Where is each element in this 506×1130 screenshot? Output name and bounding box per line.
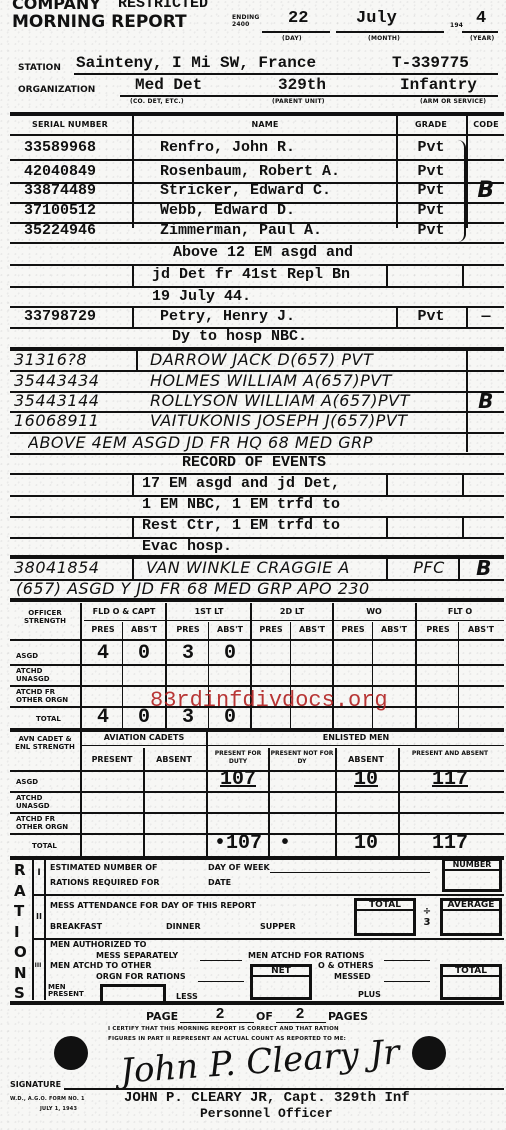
year-caption: (YEAR): [470, 35, 494, 42]
average-box[interactable]: AVERAGE: [440, 898, 502, 936]
remark-text: 19 July 44.: [152, 286, 396, 308]
row-label-total: TOTAL: [36, 715, 61, 723]
subcol-abst: ABS'T: [460, 626, 502, 634]
report-year: 4: [476, 9, 486, 28]
station-value: Sainteny, I Mi SW, France: [76, 54, 316, 72]
group-fld-o-capt: FLD O & CAPT: [84, 608, 164, 616]
serial-number: 38041854: [14, 557, 138, 579]
rations-total-label: TOTAL: [443, 967, 499, 977]
remark-row: 19 July 44.: [10, 286, 502, 308]
day-of-week-label: DAY OF WEEK: [208, 864, 270, 872]
of-label: OF: [256, 1010, 273, 1023]
row-label-atchd-unasgd: ATCHD UNASGD: [16, 794, 76, 810]
remark-row: Dy to hosp NBC.: [10, 326, 502, 348]
month-caption: (MONTH): [368, 35, 400, 42]
page-label: PAGE: [146, 1010, 178, 1023]
table-row: 33874489 Stricker, Edward C. Pvt B: [10, 180, 502, 202]
event-text: 1 EM NBC, 1 EM trfd to: [142, 494, 392, 516]
remark-row: ABOVE 4EM ASGD JD FR HQ 68 MED GRP: [10, 432, 502, 454]
parent-caption: (PARENT UNIT): [272, 98, 325, 105]
remark-text: ABOVE 4EM ASGD JD FR HQ 68 MED GRP: [28, 432, 468, 454]
pages-label: PAGES: [328, 1010, 368, 1023]
soldier-name: ROLLYSON WILLIAM A(657)PVT: [150, 390, 480, 412]
code: [468, 137, 504, 159]
subcol-pres: PRES: [418, 626, 458, 634]
table-row: 35443144 ROLLYSON WILLIAM A(657)PVT B: [10, 390, 502, 412]
subcol-abst: ABS'T: [210, 626, 250, 634]
punch-hole-right: [412, 1036, 446, 1070]
form-number: W.D., A.G.O. FORM NO. 1: [10, 1096, 85, 1102]
enlisted-strength-label: AVN CADET & ENL STRENGTH: [12, 735, 78, 751]
grade: Pvt: [398, 220, 464, 242]
asgd-present-for-duty: 107: [208, 768, 268, 791]
report-title: MORNING REPORT: [12, 12, 187, 32]
event-row: Rest Ctr, 1 EM trfd to: [10, 515, 502, 537]
total-present-not-for-duty: •: [270, 832, 300, 855]
arm-caption: (ARM OR SERVICE): [420, 98, 486, 105]
page-number: 2: [200, 1006, 240, 1023]
code: B: [466, 557, 502, 579]
record-of-events-heading: RECORD OF EVENTS: [10, 452, 502, 474]
total-present-and-absent: 117: [400, 832, 500, 855]
remark-text: Above 12 EM asgd and: [173, 242, 473, 264]
mess-attendance-label: MESS ATTENDANCE FOR DAY OF THIS REPORT: [50, 902, 256, 910]
grade: Pvt: [398, 180, 464, 202]
soldier-name: HOLMES WILLIAM A(657)PVT: [150, 370, 480, 392]
ending-label: ENDING 2400: [232, 14, 260, 28]
total-label: TOTAL: [357, 901, 413, 911]
total-absent: 10: [336, 832, 396, 855]
aviation-cadets-label: AVIATION CADETS: [82, 734, 206, 742]
table-row: 35224946 Zimmerman, Paul A. Pvt: [10, 220, 502, 242]
soldier-name: Stricker, Edward C.: [160, 180, 394, 202]
remark-row: jd Det fr 41st Repl Bn: [10, 264, 502, 286]
plus-label: PLUS: [358, 991, 381, 999]
remark-text: jd Det fr 41st Repl Bn: [152, 264, 396, 286]
rations-part-ii: II: [34, 912, 44, 921]
fld-capt-abst-asgd: 0: [124, 642, 164, 665]
mess-total-box[interactable]: TOTAL: [354, 898, 416, 936]
col-cadets-present: PRESENT: [82, 756, 142, 764]
subcol-abst: ABS'T: [124, 626, 164, 634]
subcol-pres: PRES: [168, 626, 208, 634]
table-header: SERIAL NUMBER NAME GRADE CODE: [10, 116, 502, 134]
subcol-pres: PRES: [84, 626, 122, 634]
certification-line-1: I CERTIFY THAT THIS MORNING REPORT IS CO…: [108, 1026, 339, 1032]
col-code: CODE: [468, 116, 504, 134]
serial-number: 31316?8: [14, 349, 138, 371]
fld-capt-pres-total: 4: [84, 706, 122, 729]
col-cadets-absent: ABSENT: [144, 756, 204, 764]
divide-by-3: ÷ 3: [421, 906, 433, 928]
soldier-name: Renfro, John R.: [160, 137, 394, 159]
organization-label: ORGANIZATION: [18, 85, 95, 95]
restricted-stamp: RESTRICTED: [118, 0, 208, 12]
row-label-total: TOTAL: [32, 842, 57, 850]
men-atchd-to-other-label: MEN ATCHD TO OTHER: [50, 962, 152, 970]
year-prefix: 194: [450, 22, 463, 29]
subcol-pres: PRES: [334, 626, 372, 634]
col-present-for-duty: PRESENT FOR DUTY: [208, 750, 268, 766]
officer-strength-label: OFFICER STRENGTH: [12, 609, 78, 625]
subcol-abst: ABS'T: [374, 626, 414, 634]
serial-number: 37100512: [24, 200, 134, 222]
1st-lt-pres-asgd: 3: [168, 642, 208, 665]
asgd-present-and-absent: 117: [400, 768, 500, 791]
date-label: DATE: [208, 879, 231, 887]
rations-part-iii: III: [32, 962, 44, 969]
row-label-atchd-unasgd: ATCHD UNASGD: [16, 667, 76, 683]
soldier-name: VAITUKONIS JOSEPH J(657)PVT: [150, 410, 480, 432]
remark-text: Dy to hosp NBC.: [172, 326, 472, 348]
serial-number: 16068911: [14, 410, 138, 432]
signature-label: SIGNATURE: [10, 1081, 61, 1089]
men-present-box[interactable]: [100, 984, 166, 1002]
orgn-for-rations-label: ORGN FOR RATIONS: [96, 973, 186, 981]
soldier-name: Petry, Henry J.: [160, 306, 394, 328]
serial-number: 33874489: [24, 180, 134, 202]
soldier-name: DARROW JACK D(657) PVT: [150, 349, 480, 371]
average-label: AVERAGE: [443, 901, 499, 911]
less-label: LESS: [176, 993, 198, 1001]
record-of-events-label: RECORD OF EVENTS: [182, 452, 382, 474]
estimated-rations-label-2: RATIONS REQUIRED FOR: [50, 879, 160, 887]
total-pages: 2: [280, 1006, 320, 1023]
net-box[interactable]: NET: [250, 964, 312, 1000]
rations-total-box[interactable]: TOTAL: [440, 964, 502, 1000]
messed-label: MESSED: [334, 973, 371, 981]
grade: Pvt: [398, 306, 464, 328]
rations-side-label: RATIONS: [14, 860, 28, 1004]
day-caption: (DAY): [282, 35, 302, 42]
remark-row: Above 12 EM asgd and: [10, 242, 502, 264]
col-present-not-for-duty: PRESENT NOT FOR DY: [270, 750, 334, 766]
breakfast-label: BREAKFAST: [50, 923, 102, 931]
men-present-label: MEN PRESENT: [48, 984, 98, 998]
soldier-name: Zimmerman, Paul A.: [160, 220, 394, 242]
event-row: 17 EM asgd and jd Det,: [10, 473, 502, 495]
table-row: 16068911 VAITUKONIS JOSEPH J(657)PVT: [10, 410, 502, 432]
subcol-abst: ABS'T: [292, 626, 332, 634]
row-label-atchd-fr-other-orgn: ATCHD FR OTHER ORGN: [16, 688, 80, 704]
men-authorized-label: MEN AUTHORIZED TO: [50, 941, 146, 949]
event-text: 17 EM asgd and jd Det,: [142, 473, 392, 495]
men-atchd-for-rations-label: MEN ATCHD FOR RATIONS: [248, 952, 365, 960]
table-row: 38041854 VAN WINKLE CRAGGIE A PFC B: [10, 557, 502, 579]
row-label-asgd: ASGD: [16, 778, 38, 786]
group-1st-lt: 1ST LT: [168, 608, 250, 616]
group-flt-o: FLT O: [418, 608, 502, 616]
row-label-asgd: ASGD: [16, 652, 38, 660]
table-row: 37100512 Webb, Edward D. Pvt: [10, 200, 502, 222]
serial-number: 33798729: [24, 306, 134, 328]
grade: Pvt: [398, 200, 464, 222]
watermark: 83rdinfdivdocs.org: [150, 688, 388, 713]
remark-row: (657) ASGD Y JD FR 68 MED GRP APO 230: [10, 578, 502, 600]
col-grade: GRADE: [398, 116, 464, 134]
code: B: [468, 390, 504, 412]
station-label: STATION: [18, 63, 61, 73]
organization-value: Med Det: [135, 76, 202, 94]
table-row: 33798729 Petry, Henry J. Pvt —: [10, 306, 502, 328]
event-row: 1 EM NBC, 1 EM trfd to: [10, 494, 502, 516]
org-caption: (CO. DET, ETC.): [130, 98, 184, 105]
signer-name: JOHN P. CLEARY JR, Capt. 329th Inf: [124, 1090, 410, 1106]
supper-label: SUPPER: [260, 923, 296, 931]
number-box[interactable]: NUMBER: [442, 858, 502, 892]
dinner-label: DINNER: [166, 923, 201, 931]
code: —: [468, 306, 504, 328]
asgd-absent: 10: [336, 768, 396, 791]
col-present-and-absent: PRESENT AND ABSENT: [400, 750, 500, 758]
col-name: NAME: [136, 116, 394, 134]
col-absent: ABSENT: [336, 756, 396, 764]
code: B: [468, 180, 504, 202]
col-serial: SERIAL NUMBER: [10, 116, 130, 134]
soldier-name: VAN WINKLE CRAGGIE A: [146, 557, 396, 579]
form-date: JULY 1, 1943: [40, 1106, 77, 1112]
officers-others-label: O & OTHERS: [318, 962, 374, 970]
code: [468, 220, 504, 242]
grade: PFC: [396, 557, 462, 579]
parent-unit-value: 329th: [278, 76, 326, 94]
serial-number: 33589968: [24, 137, 134, 159]
fld-capt-pres-asgd: 4: [84, 642, 122, 665]
1st-lt-abst-asgd: 0: [210, 642, 250, 665]
event-text: Rest Ctr, 1 EM trfd to: [142, 515, 392, 537]
group-2d-lt: 2D LT: [252, 608, 332, 616]
row-label-atchd-fr-other-orgn: ATCHD FR OTHER ORGN: [16, 815, 80, 831]
map-reference: T-339775: [392, 54, 469, 72]
soldier-name: Webb, Edward D.: [160, 200, 394, 222]
total-present-for-duty: •107: [208, 832, 268, 855]
arm-value: Infantry: [400, 76, 477, 94]
net-label: NET: [253, 967, 309, 977]
remark-text: (657) ASGD Y JD FR 68 MED GRP APO 230: [16, 578, 496, 600]
estimated-rations-label: ESTIMATED NUMBER OF: [50, 864, 157, 872]
subcol-pres: PRES: [252, 626, 290, 634]
punch-hole-left: [54, 1036, 88, 1070]
serial-number: 35224946: [24, 220, 134, 242]
number-label: NUMBER: [445, 861, 499, 871]
rations-part-i: I: [34, 868, 44, 878]
mess-separately-label: MESS SEPARATELY: [96, 952, 178, 960]
grade: Pvt: [398, 137, 464, 159]
report-day: 22: [288, 9, 308, 28]
table-row: 33589968 Renfro, John R. Pvt: [10, 137, 502, 159]
report-month: July: [356, 9, 397, 28]
grouping-bracket: [458, 140, 466, 242]
enlisted-men-label: ENLISTED MEN: [208, 734, 504, 742]
table-row: 31316?8 DARROW JACK D(657) PVT: [10, 349, 502, 371]
code: [468, 200, 504, 222]
signer-title: Personnel Officer: [200, 1106, 333, 1121]
serial-number: 35443144: [14, 390, 138, 412]
group-wo: WO: [334, 608, 414, 616]
serial-number: 35443434: [14, 370, 138, 392]
table-row: 35443434 HOLMES WILLIAM A(657)PVT: [10, 370, 502, 392]
